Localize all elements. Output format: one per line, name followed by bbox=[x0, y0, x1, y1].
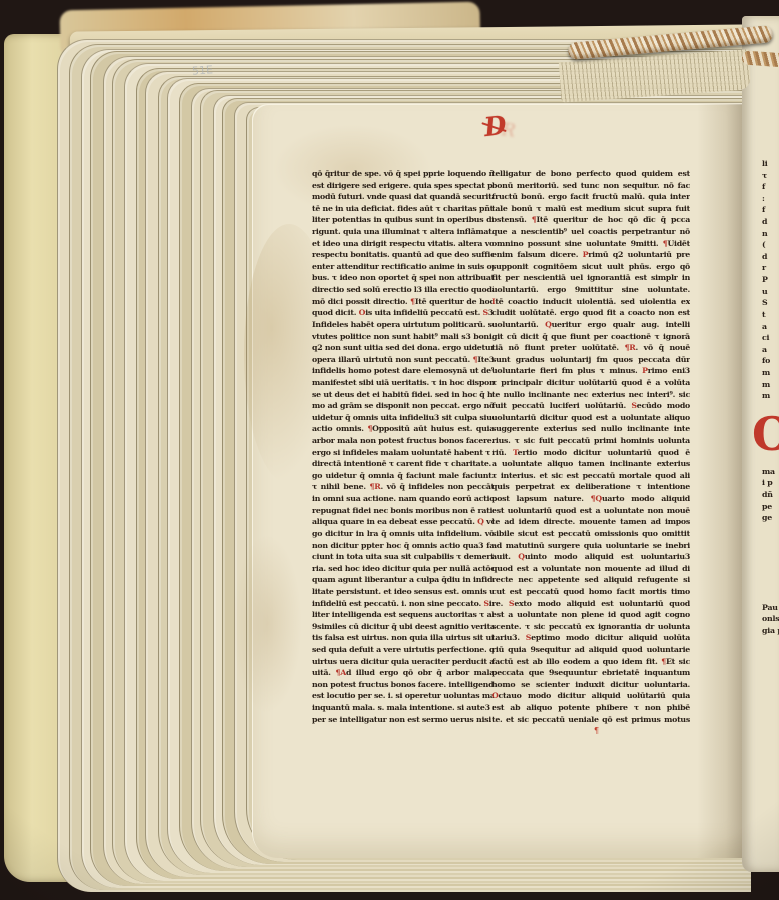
text-line: actio omnis. ¶Oppositū aūt huius est. qu… bbox=[312, 423, 494, 435]
text-line: uoluntariū dicitur quod est a uoluntate … bbox=[492, 412, 690, 424]
text-line: enter attenditur rectificatio anime in s… bbox=[312, 261, 494, 273]
text-line: non dicitur ppter hoc q̄ omnis actio qua… bbox=[312, 540, 494, 552]
text-line: ad matutinū surgere quia uoluntarie se i… bbox=[492, 540, 690, 552]
fragment-text: d bbox=[762, 216, 779, 228]
text-line: in omni sua actione. nam quando eorū act… bbox=[312, 493, 494, 505]
blank-gap bbox=[762, 524, 779, 602]
fragment-text: li bbox=[762, 158, 779, 170]
text-line: 9similes cū dicitur q̄ ubi deest agnitio… bbox=[312, 621, 494, 633]
text-line: enim falsum dicere. Primū q2 uoluntariū … bbox=[492, 249, 690, 261]
fragment-text: onls bbox=[762, 613, 779, 625]
fragment-text: gia p bbox=[762, 625, 779, 637]
text-line: Infideles habēt opera uirtutum politicar… bbox=[312, 319, 494, 331]
text-line: infideliū est peccatū. i. non sine pecca… bbox=[312, 598, 494, 610]
text-line: infidelis homo potest dare elemosynā ut … bbox=[312, 365, 494, 377]
text-line: go uidetur q̄ omnia q̄ faciunt male faci… bbox=[312, 470, 494, 482]
text-line: homo se scienter induxit dicitur uolunta… bbox=[492, 679, 690, 691]
text-line: mō dici possit directio. ¶Itē queritur d… bbox=[312, 296, 494, 308]
fragment-text: a bbox=[762, 321, 779, 333]
text-line: supponit cognitōem sicut uult phūs. ergo… bbox=[492, 261, 690, 273]
text-line: tis falsa est uirtus. non quia illa uirt… bbox=[312, 632, 494, 644]
fragment-text: : bbox=[762, 193, 779, 205]
text-line: qō q̄ritur de spe. vō q̄ spei pprie loqu… bbox=[312, 168, 494, 180]
fragment-text: f bbox=[762, 181, 779, 193]
text-line: liter potentias in quibus sunt in operib… bbox=[312, 214, 494, 226]
text-line: auit. Quinto modo aliquid est uoluntariu… bbox=[492, 551, 690, 563]
text-column-left: qō q̄ritur de spe. vō q̄ spei pprie loqu… bbox=[312, 168, 494, 734]
text-line: fructū bonū. ergo facit fructū malū. qui… bbox=[492, 191, 690, 203]
fragment-text: dñ bbox=[762, 489, 779, 501]
fragment-text: t bbox=[762, 309, 779, 321]
text-line: directā intentionē τ carent fide τ chari… bbox=[312, 458, 494, 470]
text-line: te. et sic peccatū ueniale qō est primus… bbox=[492, 714, 690, 726]
text-line: tariu3. Septimo modo dicitur aliquid uol… bbox=[492, 632, 690, 644]
red-lombard-initial: O bbox=[752, 402, 779, 466]
text-line: ria. sed hoc ideo dicitur quia per nullā… bbox=[312, 563, 494, 575]
text-line: cut est peccatū quod homo facit mortis t… bbox=[492, 586, 690, 598]
text-column-right: telligatur de bono perfecto quod quidem … bbox=[492, 168, 690, 734]
text-line: re. Sexto modo aliquid est uoluntariū qu… bbox=[492, 598, 690, 610]
text-line: est dirigere sed erigere. quia spes spec… bbox=[312, 180, 494, 192]
text-line: tiā nō fiunt preter uolūtatē. ¶R. vō q̄ … bbox=[492, 342, 690, 354]
text-line: bonū meritoriū. sed tunc non sequitur. n… bbox=[492, 180, 690, 192]
text-line: respectu bonitatis. quantū ad que deo su… bbox=[312, 249, 494, 261]
fragment-text: u bbox=[762, 286, 779, 298]
text-line: rigunt. quia una illuminat τ altera infl… bbox=[312, 226, 494, 238]
text-line: telligatur de bono perfecto quod quidem … bbox=[492, 168, 690, 180]
text-line: ciunt in tota uita sua sit culpabilis τ … bbox=[312, 551, 494, 563]
text-line: ostensū. ¶Itē queritur de hoc qō dīc q̄ … bbox=[492, 214, 690, 226]
text-line: uitā. ¶Ad illud ergo qō obr q̄ arbor mal… bbox=[312, 667, 494, 679]
text-line: quis perpetrat ex deliberatione τ intent… bbox=[492, 481, 690, 493]
fragment-text: τ bbox=[762, 170, 779, 182]
text-line: se ut deus det ei habitū fidei. sed in h… bbox=[312, 389, 494, 401]
fragment-text: f bbox=[762, 204, 779, 216]
text-line: a uoluntate aliquo tamen inclinante exte… bbox=[492, 458, 690, 470]
fragment-text: m bbox=[762, 390, 779, 402]
text-line: aliqua quare in ea debeat esse peccatū. … bbox=[312, 516, 494, 528]
text-line: factū est ab illo eodem a quo idem fit. … bbox=[492, 656, 690, 668]
fragment-text: S bbox=[762, 297, 779, 309]
text-line: quod est a voluntate non mouente ad illu… bbox=[492, 563, 690, 575]
text-line: mo ad grām se disponit non peccat. ergo … bbox=[312, 400, 494, 412]
text-line: suggerente exterius sed nullo inclinante… bbox=[492, 423, 690, 435]
text-line: te nullo inclinante nec exterius nec int… bbox=[492, 389, 690, 401]
text-line: repugnat fidei nec bonis moribus non ē r… bbox=[312, 505, 494, 517]
text-line: post lapsum nature. ¶Quarto modo aliquid bbox=[492, 493, 690, 505]
text-line: modū futuri. vnde quasi dat quandā secur… bbox=[312, 191, 494, 203]
text-line: riū. Tertio modo dicitur uoluntariū quod… bbox=[492, 447, 690, 459]
fragment-text: ci bbox=[762, 332, 779, 344]
text-line: sed quia defuit a vere uirtutis perfecti… bbox=[312, 644, 494, 656]
photo-of-open-book: R D qō q̄ritur de spe. vō q̄ spei pprie … bbox=[0, 0, 779, 900]
text-line: est locutio per se. i. si operetur uolun… bbox=[312, 690, 494, 702]
text-line: vtutes politice non sunt habit⁹ mali s3 … bbox=[312, 331, 494, 343]
fragment-text: n bbox=[762, 228, 779, 240]
text-line: omnino possunt sine uoluntate 9mitti. ¶U… bbox=[492, 238, 690, 250]
facing-page-text-fragments: liτf:fdn(drPuStaciafommmOmai pdñpegePauo… bbox=[762, 158, 779, 637]
text-line: Itē coactio inducit uiolentiā. sed uiole… bbox=[492, 296, 690, 308]
text-line: τ nihil bene. ¶R. vō q̄ infideles non pe… bbox=[312, 481, 494, 493]
fragment-text: ( bbox=[762, 239, 779, 251]
text-line: inquantū mala. s. mala intentione. si au… bbox=[312, 702, 494, 714]
fragment-text: fo bbox=[762, 355, 779, 367]
text-line: arbor mala non potest fructus bonos face… bbox=[312, 435, 494, 447]
rubricator-bottom-mark: ¶ bbox=[594, 726, 599, 735]
text-line: et ideo una dirigit respectu vitatis. al… bbox=[312, 238, 494, 250]
text-line: peccata que 9sequuntur ebrietatē inquant… bbox=[492, 667, 690, 679]
fragment-text: m bbox=[762, 379, 779, 391]
pencil-inscription: 51E bbox=[192, 63, 214, 77]
text-line: fuit peccatū luciferi uolūtariū. Secūdo … bbox=[492, 400, 690, 412]
fragment-text: ge bbox=[762, 512, 779, 524]
text-line: uirtus uera dicitur quia ueraciter perdu… bbox=[312, 656, 494, 668]
text-line: sunt gradus uoluntarij fm quos peccata d… bbox=[492, 354, 690, 366]
text-line: riū quia 9sequitur ad aliquid quod uolun… bbox=[492, 644, 690, 656]
fragment-text: ma bbox=[762, 466, 779, 478]
text-line: liter intelligenda est sequens auctorita… bbox=[312, 609, 494, 621]
fragment-text: i p bbox=[762, 477, 779, 489]
text-line: directio sed solū erectio l3 illa erecti… bbox=[312, 284, 494, 296]
text-line: recte nec appetente sed aliquid refugent… bbox=[492, 574, 690, 586]
text-line: litate persistunt. et ideo sensus est. o… bbox=[312, 586, 494, 598]
fragment-text: Pau bbox=[762, 602, 779, 614]
text-line: τ principalr dicitur uolūtariū quod ē a … bbox=[492, 377, 690, 389]
quire-mark: D bbox=[482, 111, 508, 143]
text-line: ergo si infideles malam uoluntatē habent… bbox=[312, 447, 494, 459]
text-line: cludit uolūtatē. ergo quod fit a coacto … bbox=[492, 307, 690, 319]
text-line: q2 non sunt uitia sed dei dona. ergo uid… bbox=[312, 342, 494, 354]
text-line: uoluntarie fieri fm plus τ minus. Primo … bbox=[492, 365, 690, 377]
text-line: tale bonū τ malū est medium sicut supra … bbox=[492, 203, 690, 215]
text-line: git cū dicit q̄ que fiunt per coactionē … bbox=[492, 331, 690, 343]
text-line: est uoluntariū quod est a uoluntate non … bbox=[492, 505, 690, 517]
text-line: bus. τ ideo non oportet q̄ spei non attr… bbox=[312, 272, 494, 284]
text-line: uoluntariū. Queritur ergo qualr aug. int… bbox=[492, 319, 690, 331]
text-line: est a uoluntate non plene id quod agit c… bbox=[492, 609, 690, 621]
text-line: que a nescientib⁹ uel coactis perpetrant… bbox=[492, 226, 690, 238]
fragment-text: pe bbox=[762, 501, 779, 513]
text-line: per se intelligatur non est sermo uerus … bbox=[312, 714, 494, 726]
text-line: uoluntariū. ergo 9mittitur sine uoluntat… bbox=[492, 284, 690, 296]
text-line: est ab aliquo potente phibere τ non phib… bbox=[492, 702, 690, 714]
text-line: quam agunt liberantur a culpa q̄diu in i… bbox=[312, 574, 494, 586]
text-line: sibile sicut est peccatū omissionis quo … bbox=[492, 528, 690, 540]
text-line: Octauo modo dicitur aliquid uolūtariū qu… bbox=[492, 690, 690, 702]
text-line: fit per nescientiā uel ignorantiā est si… bbox=[492, 272, 690, 284]
text-line: non potest fructus bonos facere. intelli… bbox=[312, 679, 494, 691]
text-line: τ interius. et sic est peccatū mortale q… bbox=[492, 470, 690, 482]
fragment-text: m bbox=[762, 367, 779, 379]
text-line: opera illarū uirtutū non sunt peccatū. ¶… bbox=[312, 354, 494, 366]
text-line: rius. τ sic fuit peccatū primi hominis u… bbox=[492, 435, 690, 447]
text-line: uidetur q̄ omnis uita infideliu3 sit cul… bbox=[312, 412, 494, 424]
text-line: scente. τ sic peccatū ex ignorantia dr u… bbox=[492, 621, 690, 633]
facing-page-sliver: liτf:fdn(drPuStaciafommmOmai pdñpegePauo… bbox=[742, 16, 779, 872]
fragment-text: d bbox=[762, 251, 779, 263]
fragment-text: r bbox=[762, 262, 779, 274]
recto-page: R D qō q̄ritur de spe. vō q̄ spei pprie … bbox=[252, 104, 749, 858]
text-line: go dicitur in lra q̄ omnis uita infideli… bbox=[312, 528, 494, 540]
text-line: tē ne in uia deficiat. fides aūt τ chari… bbox=[312, 203, 494, 215]
text-line: quod dicit. Ois uita infideliū peccatū e… bbox=[312, 307, 494, 319]
fragment-text: P bbox=[762, 274, 779, 286]
fragment-text: a bbox=[762, 344, 779, 356]
text-line: te ad idem directe. mouente tamen ad imp… bbox=[492, 516, 690, 528]
text-line: manifestet sibi uiā ueritatis. τ in hoc … bbox=[312, 377, 494, 389]
